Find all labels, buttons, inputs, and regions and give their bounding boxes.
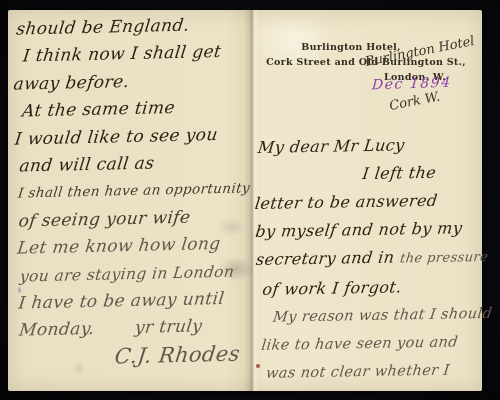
handwritten-line: like to have seen you and xyxy=(257,328,481,360)
handwritten-line: secretary and in the pressure xyxy=(256,242,480,276)
letter-photograph: should be England.I think now I shall ge… xyxy=(0,0,500,400)
date-stamp: Dec 1894 xyxy=(371,75,452,94)
red-ink-spot xyxy=(256,364,260,368)
handwritten-line: I left the xyxy=(254,158,478,190)
handwritten-line: letter to be answered xyxy=(255,186,479,218)
letter-paper: should be England.I think now I shall ge… xyxy=(8,10,482,391)
right-page: My dear Mr LucyI left theletter to be an… xyxy=(254,130,482,388)
handwritten-line: My reason was that I should xyxy=(257,300,481,332)
handwritten-line: by myself and not by my xyxy=(255,214,479,246)
handwritten-line: I would like to see you xyxy=(14,121,246,154)
handwritten-line: of work I forgot. xyxy=(256,272,480,304)
handwritten-line: I have to be away until xyxy=(18,285,250,318)
corner-annotation-line1: Burlington Hotel xyxy=(363,34,476,71)
left-page: should be England.I think now I shall ge… xyxy=(12,11,251,372)
handwritten-line: was not clear whether I xyxy=(258,356,482,388)
blue-ink-speck xyxy=(18,287,21,293)
handwritten-line: C.J. Rhodes xyxy=(19,340,251,373)
handwritten-line: My dear Mr Lucy xyxy=(254,130,478,162)
handwritten-line: I think now I shall get xyxy=(13,39,245,72)
handwritten-line: I shall then have an opportunity xyxy=(16,176,248,209)
